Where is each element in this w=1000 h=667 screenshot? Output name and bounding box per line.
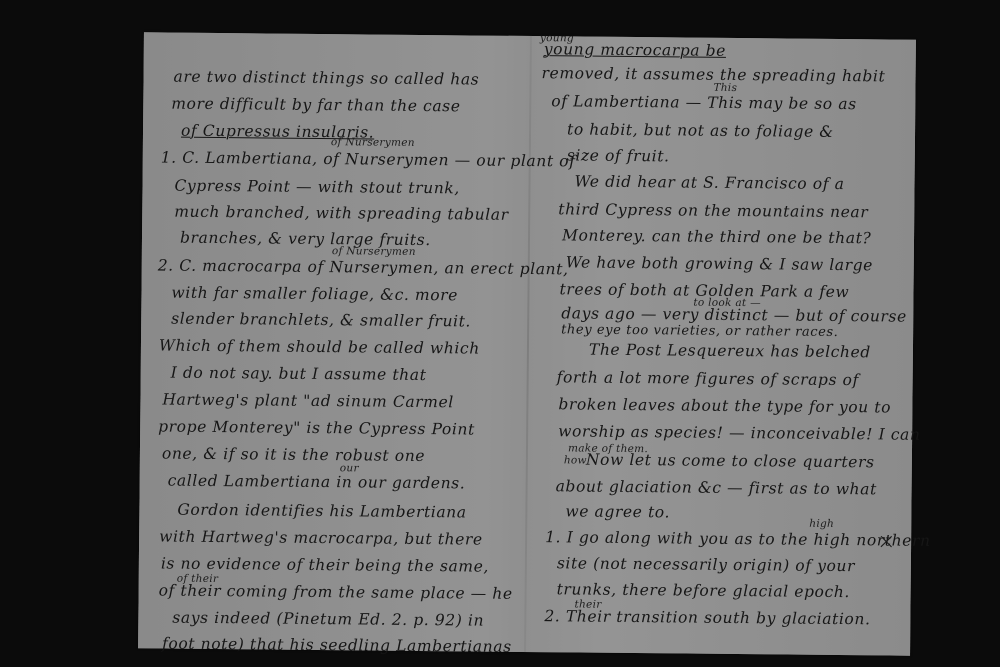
handwritten-line: site (not necessarily origin) of your bbox=[557, 556, 855, 574]
insertion-above: of Nurserymen bbox=[332, 245, 416, 258]
insertion-left: how bbox=[564, 454, 587, 466]
handwritten-line: Hartweg's plant "ad sinum Carmel bbox=[162, 393, 454, 411]
handwritten-line: of Lambertiana — This may be so as bbox=[551, 94, 856, 112]
handwritten-line: to habit, but not as to foliage & bbox=[567, 122, 834, 140]
handwritten-line: third Cypress on the mountains near bbox=[558, 202, 868, 220]
handwritten-line: about glaciation &c — first as to what bbox=[556, 479, 877, 498]
handwritten-line: of their coming from the same place — he bbox=[159, 583, 513, 602]
handwritten-line: with Hartweg's macrocarpa, but there bbox=[159, 529, 483, 548]
insertion-above: of Nurserymen bbox=[331, 136, 415, 149]
handwritten-line: Gordon identifies his Lambertiana bbox=[177, 503, 466, 521]
handwritten-line: size of fruit. bbox=[567, 148, 670, 164]
handwritten-line: we agree to. bbox=[565, 504, 670, 521]
handwritten-line: much branched, with spreading tabular bbox=[174, 205, 509, 224]
handwritten-line: I do not say. but I assume that bbox=[171, 366, 427, 384]
handwritten-line: one, & if so it is the robust one bbox=[162, 447, 425, 465]
insertion-above: high bbox=[809, 518, 834, 530]
handwritten-line: worship as species! — inconceivable! I c… bbox=[558, 424, 921, 443]
scan-background: are two distinct things so called has mo… bbox=[0, 0, 1000, 667]
insertion-above: This bbox=[713, 82, 737, 94]
underlined-text: young macrocarpa be bbox=[544, 40, 726, 60]
handwritten-line: are two distinct things so called has bbox=[173, 70, 479, 88]
handwritten-line: broken leaves about the type for you to bbox=[558, 397, 891, 416]
handwritten-line: We have both growing & I saw large bbox=[566, 255, 873, 273]
handwritten-line: Monterey. can the third one be that? bbox=[562, 228, 871, 246]
left-page: are two distinct things so called has mo… bbox=[138, 32, 530, 652]
handwritten-line: 1. I go along with you as to the high no… bbox=[545, 530, 931, 549]
letter-sheet: are two distinct things so called has mo… bbox=[138, 32, 916, 655]
handwritten-line: 1. C. Lambertiana, of Nurserymen — our p… bbox=[161, 150, 576, 169]
handwritten-line: foot note) that his seedling Lambertiana… bbox=[162, 637, 512, 656]
handwritten-line: We did hear at S. Francisco of a bbox=[574, 174, 844, 192]
handwritten-line: they eye too varieties, or rather races. bbox=[561, 323, 838, 339]
handwritten-line: prope Monterey" is the Cypress Point bbox=[158, 419, 475, 438]
handwritten-line: more difficult by far than the case bbox=[171, 97, 460, 115]
handwritten-line: forth a lot more figures of scraps of bbox=[557, 370, 859, 388]
handwritten-line: young macrocarpa be bbox=[544, 42, 726, 59]
cross-mark-icon: × bbox=[877, 529, 896, 554]
right-page: young young macrocarpa be removed, it as… bbox=[526, 36, 916, 656]
handwritten-line: Now let us come to close quarters bbox=[586, 453, 875, 471]
handwritten-line: 2. Their transition south by glaciation. bbox=[544, 609, 870, 628]
handwritten-line: with far smaller foliage, &c. more bbox=[171, 286, 458, 304]
handwritten-line: called Lambertiana in our gardens. bbox=[168, 474, 466, 492]
handwritten-line: Which of them should be called which bbox=[159, 338, 480, 357]
handwritten-line: Cypress Point — with stout trunk, bbox=[174, 179, 459, 197]
handwritten-line: slender branchlets, & smaller fruit. bbox=[171, 312, 471, 330]
handwritten-line: The Post Lesquereux has belched bbox=[589, 343, 871, 361]
handwritten-line: says indeed (Pinetum Ed. 2. p. 92) in bbox=[172, 611, 484, 629]
handwritten-line: 2. C. macrocarpa of Nurserymen, an erect… bbox=[158, 258, 569, 277]
